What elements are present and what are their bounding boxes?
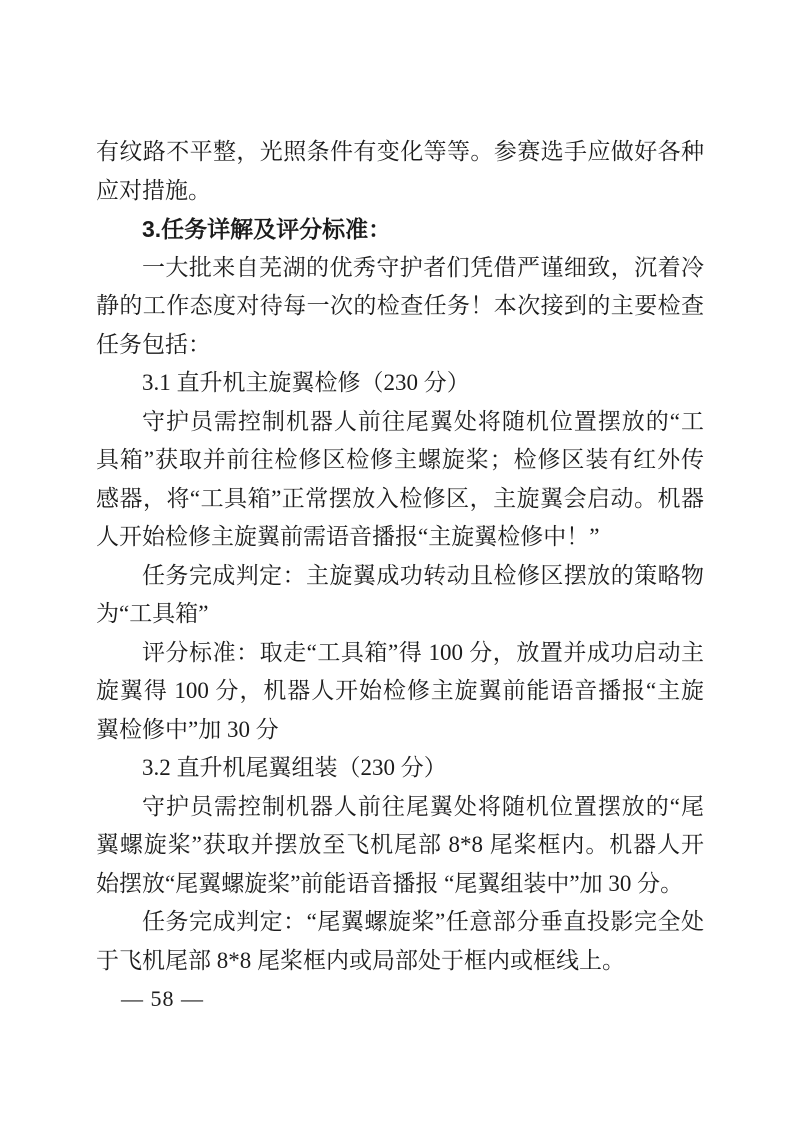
paragraph-task-3-1-completion: 任务完成判定：主旋翼成功转动且检修区摆放的策略物为“工具箱”: [96, 557, 704, 634]
document-page: 有纹路不平整，光照条件有变化等等。参赛选手应做好各种应对措施。 3.任务详解及评…: [0, 0, 794, 1122]
document-content: 有纹路不平整，光照条件有变化等等。参赛选手应做好各种应对措施。 3.任务详解及评…: [96, 133, 704, 980]
paragraph-task-3-2-description: 守护员需控制机器人前往尾翼处将随机位置摆放的“尾翼螺旋桨”获取并摆放至飞机尾部 …: [96, 788, 704, 904]
section-heading-3: 3.任务详解及评分标准：: [96, 210, 704, 249]
paragraph-task-3-1-description: 守护员需控制机器人前往尾翼处将随机位置摆放的“工具箱”获取并前往检修区检修主螺旋…: [96, 403, 704, 557]
paragraph-intro: 一大批来自芜湖的优秀守护者们凭借严谨细致，沉着冷静的工作态度对待每一次的检查任务…: [96, 249, 704, 365]
paragraph-task-3-1-scoring: 评分标准：取走“工具箱”得 100 分，放置并成功启动主旋翼得 100 分，机器…: [96, 634, 704, 750]
paragraph-task-3-2-completion: 任务完成判定：“尾翼螺旋桨”任意部分垂直投影完全处于飞机尾部 8*8 尾桨框内或…: [96, 903, 704, 980]
page-number: — 58 —: [121, 986, 204, 1012]
subsection-heading-3-2: 3.2 直升机尾翼组装（230 分）: [96, 749, 704, 788]
subsection-heading-3-1: 3.1 直升机主旋翼检修（230 分）: [96, 364, 704, 403]
paragraph-continuation: 有纹路不平整，光照条件有变化等等。参赛选手应做好各种应对措施。: [96, 133, 704, 210]
